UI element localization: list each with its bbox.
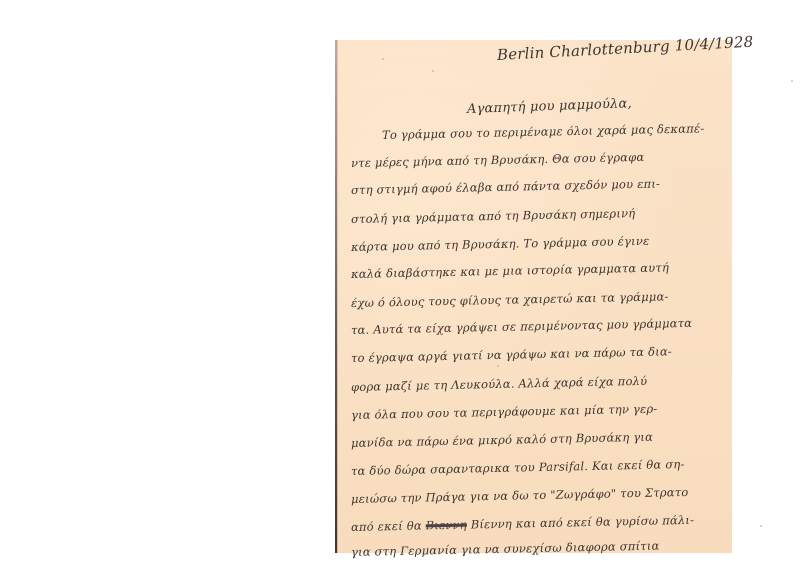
letter-line: φορα μαζί με τη Λευκούλα. Αλλά χαρά είχα… (351, 372, 726, 394)
salutation: Αγαπητή μου μαμμούλα, (467, 96, 632, 117)
page-left-edge-shadow (335, 40, 337, 553)
line-text-before: από εκεί θα (351, 519, 422, 534)
letter-line: για όλα που σου τα περιγράφουμε και μία … (351, 400, 726, 422)
place-date-header: Berlin Charlottenburg 10/4/1928 (497, 33, 754, 64)
letter-line: μανίδα να πάρω ένα μικρό καλό στη Βρυσάκ… (351, 428, 726, 450)
letter-line: Το γράμμα σου το περιμέναμε όλοι χαρά μα… (382, 121, 727, 142)
line-text-after: Βίεννη και από εκεί θα γυρίσω πάλι- (467, 513, 695, 532)
letter-page: Berlin Charlottenburg 10/4/1928 Αγαπητή … (337, 40, 732, 553)
letter-line: στολή για γράμματα από τη Βρυσάκη σημερι… (351, 204, 726, 226)
paper-speck (382, 58, 384, 60)
letter-line: μειώσω την Πράγα για να δω το "Ζωγράφο" … (351, 484, 726, 506)
letter-line: ντε μέρες μήνα από τη Βρυσάκη. Θα σου έγ… (351, 148, 726, 170)
letter-line: τα. Αυτά τα είχα γράψει σε περιμένοντας … (351, 315, 726, 337)
scan-speck (760, 525, 762, 527)
letter-line: το έγραψα αργά γιατί να γράψω και να πάρ… (351, 343, 726, 365)
letter-line: στη στιγμή αφού έλαβα από πάντα σχεδόν μ… (351, 175, 726, 197)
letter-line: κάρτα μου από τη Βρυσάκη. Το γράμμα σου … (351, 232, 726, 254)
letter-line: καλά διαβάστηκε και με μια ιστορία γραμμ… (351, 259, 726, 281)
struck-out-word: Βιεννη (426, 518, 467, 533)
letter-line: τα δύο δώρα σαρανταρικα του Parsifal. Κα… (351, 456, 726, 478)
letter-line-with-strikethrough: από εκεί θα Βιεννη Βίεννη και από εκεί θ… (351, 512, 726, 534)
paper-speck (432, 70, 434, 72)
scan-speck (791, 80, 793, 82)
paper-speck (497, 365, 499, 367)
letter-line: έχω ό όλους τους φίλους τα χαιρετώ και τ… (351, 288, 726, 310)
